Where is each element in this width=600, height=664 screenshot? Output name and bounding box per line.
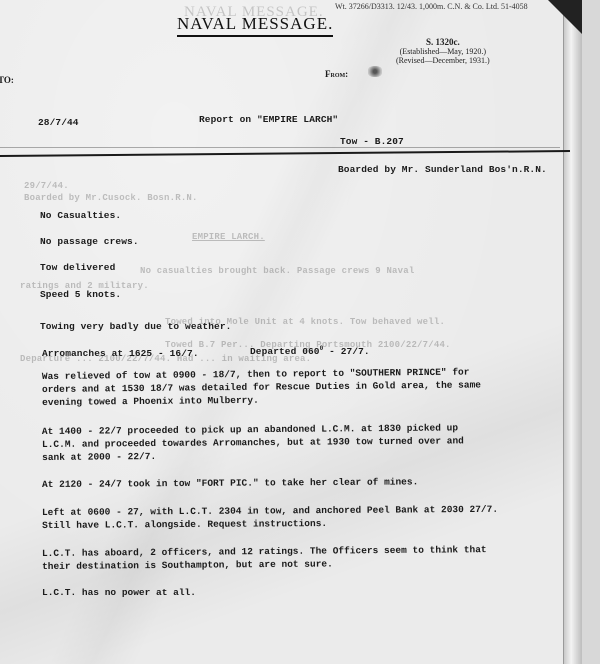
header-rule-faint bbox=[0, 147, 560, 148]
ghost-boarded: Boarded by Mr.Cusock. Bosn.R.N. bbox=[24, 193, 198, 203]
paragraph-left: Left at 0600 - 27, with L.C.T. 2304 in t… bbox=[42, 502, 562, 532]
boarded-by: Boarded by Mr. Sunderland Bos'n.R.N. bbox=[338, 164, 547, 175]
to-label: TO: bbox=[0, 75, 14, 85]
form-reference: S. 1320c. (Established—May, 1920.) (Revi… bbox=[396, 38, 490, 65]
departed-line: Departed 0600 - 27/7. bbox=[250, 345, 370, 357]
paragraph-lct-aboard: L.C.T. has aboard, 2 officers, and 12 ra… bbox=[42, 542, 562, 573]
message-date: 28/7/44 bbox=[38, 117, 79, 128]
document-page: Wt. 37266/D3313. 12/43. 1,000m. C.N. & C… bbox=[0, 0, 582, 664]
departed-suffix: - 27/7. bbox=[323, 346, 369, 357]
paragraph-lcm: At 1400 - 22/7 proceeded to pick up an a… bbox=[42, 420, 562, 464]
ghost-date: 29/7/44. bbox=[24, 181, 69, 191]
paragraph-fort-pic: At 2120 - 24/7 took in tow "FORT PIC." t… bbox=[42, 474, 562, 491]
stamp-mark bbox=[368, 66, 382, 77]
revised-date: (Revised—December, 1931.) bbox=[396, 56, 490, 65]
message-subject: Report on "EMPIRE LARCH" bbox=[199, 114, 338, 125]
departed-prefix: Departed 060 bbox=[250, 346, 320, 357]
paragraph-relieved: Was relieved of tow at 0900 - 18/7, then… bbox=[42, 365, 562, 409]
ghost-heading: EMPIRE LARCH. bbox=[192, 232, 265, 242]
body-line-casualties: No Casualties. bbox=[40, 210, 121, 221]
ghost-line-1: No casualties brought back. Passage crew… bbox=[140, 266, 414, 276]
arrival-line: Arromanches at 1625 - 16/7. bbox=[42, 348, 199, 359]
body-line-speed: Speed 5 knots. bbox=[40, 289, 121, 300]
page-edge bbox=[563, 0, 582, 664]
body-line-tow-delivered: Tow delivered bbox=[40, 262, 115, 273]
established-date: (Established—May, 1920.) bbox=[400, 47, 486, 56]
header-rule bbox=[0, 150, 570, 157]
page-title: NAVAL MESSAGE. bbox=[177, 14, 333, 37]
folded-corner bbox=[548, 0, 582, 34]
form-number: S. 1320c. bbox=[426, 37, 460, 47]
printer-line: Wt. 37266/D3313. 12/43. 1,000m. C.N. & C… bbox=[335, 2, 528, 11]
from-label: From: bbox=[325, 69, 348, 79]
body-line-passage: No passage crews. bbox=[40, 236, 139, 247]
body-line-towing: Towing very badly due to weather. bbox=[40, 321, 231, 332]
tow-number: Tow - B.207 bbox=[340, 136, 404, 147]
paragraph-no-power: L.C.T. has no power at all. bbox=[42, 586, 562, 599]
